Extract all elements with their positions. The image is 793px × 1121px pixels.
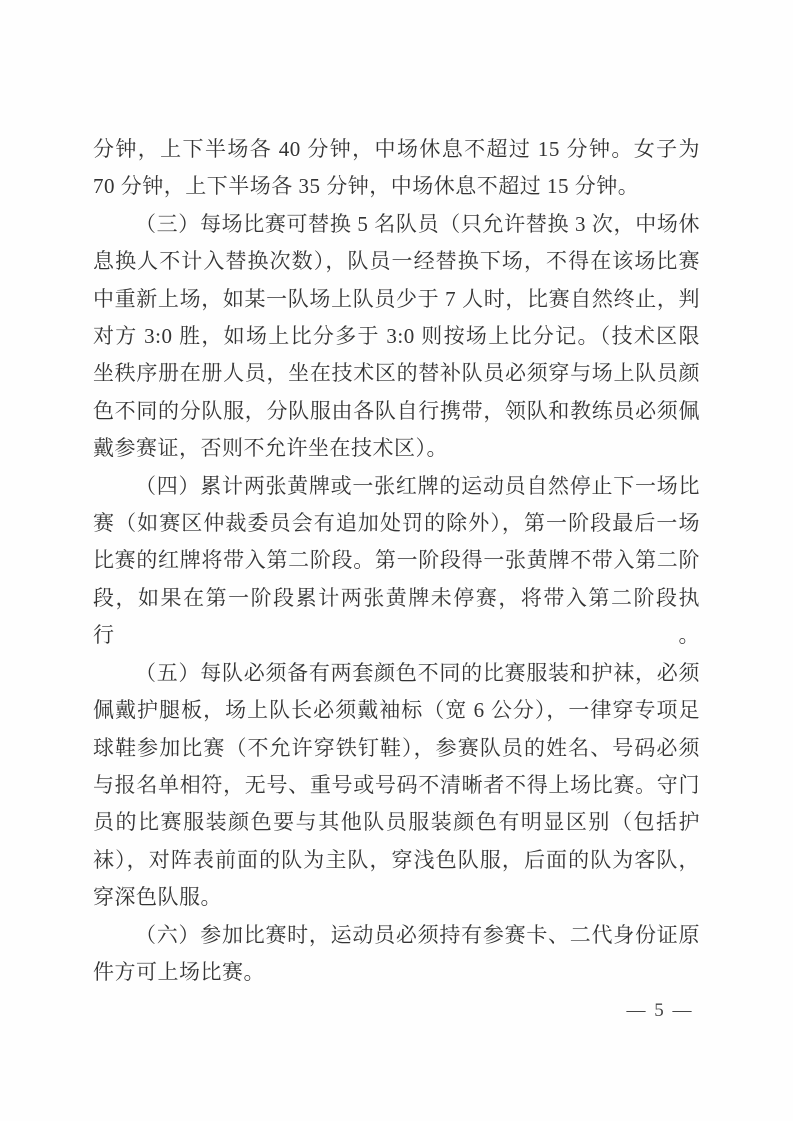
body-line: 戴参赛证，否则不允许坐在技术区）。 — [93, 430, 700, 467]
body-line: 坐秩序册在册人员，坐在技术区的替补队员必须穿与场上队员颜 — [93, 355, 700, 392]
body-line: 球鞋参加比赛（不允许穿铁钉鞋），参赛队员的姓名、号码必须 — [93, 730, 700, 767]
document-page: 分钟，上下半场各 40 分钟，中场休息不超过 15 分钟。女子为 70 分钟，上… — [0, 0, 793, 1121]
body-line: （六）参加比赛时，运动员必须持有参赛卡、二代身份证原 — [93, 917, 700, 954]
body-line: 与报名单相符，无号、重号或号码不清晰者不得上场比赛。守门 — [93, 767, 700, 804]
body-line: 比赛的红牌将带入第二阶段。第一阶段得一张黄牌不带入第二阶 — [93, 542, 700, 579]
body-line: 中重新上场，如某一队场上队员少于 7 人时，比赛自然终止，判 — [93, 281, 700, 318]
body-line: （五）每队必须备有两套颜色不同的比赛服装和护袜，必须 — [93, 655, 700, 692]
body-line: （四）累计两张黄牌或一张红牌的运动员自然停止下一场比 — [93, 468, 700, 505]
page-number: — 5 — — [560, 1000, 760, 1022]
body-line: （三）每场比赛可替换 5 名队员（只允许替换 3 次，中场休 — [93, 206, 700, 243]
body-line: 分钟，上下半场各 40 分钟，中场休息不超过 15 分钟。女子为 — [93, 131, 700, 168]
body-line: 段，如果在第一阶段累计两张黄牌未停赛，将带入第二阶段执行。 — [93, 580, 700, 655]
body-line: 穿深色队服。 — [93, 879, 700, 916]
body-line: 件方可上场比赛。 — [93, 954, 700, 991]
body-line: 赛（如赛区仲裁委员会有追加处罚的除外），第一阶段最后一场 — [93, 505, 700, 542]
body-line: 70 分钟，上下半场各 35 分钟，中场休息不超过 15 分钟。 — [93, 168, 700, 205]
body-line: 袜），对阵表前面的队为主队，穿浅色队服，后面的队为客队， — [93, 842, 700, 879]
body-line: 佩戴护腿板，场上队长必须戴袖标（宽 6 公分），一律穿专项足 — [93, 692, 700, 729]
body-line: 色不同的分队服，分队服由各队自行携带，领队和教练员必须佩 — [93, 393, 700, 430]
body-line: 息换人不计入替换次数），队员一经替换下场，不得在该场比赛 — [93, 243, 700, 280]
body-line: 员的比赛服装颜色要与其他队员服装颜色有明显区别（包括护 — [93, 804, 700, 841]
body-line: 对方 3:0 胜，如场上比分多于 3:0 则按场上比分记。（技术区限 — [93, 318, 700, 355]
document-body: 分钟，上下半场各 40 分钟，中场休息不超过 15 分钟。女子为 70 分钟，上… — [93, 131, 700, 991]
